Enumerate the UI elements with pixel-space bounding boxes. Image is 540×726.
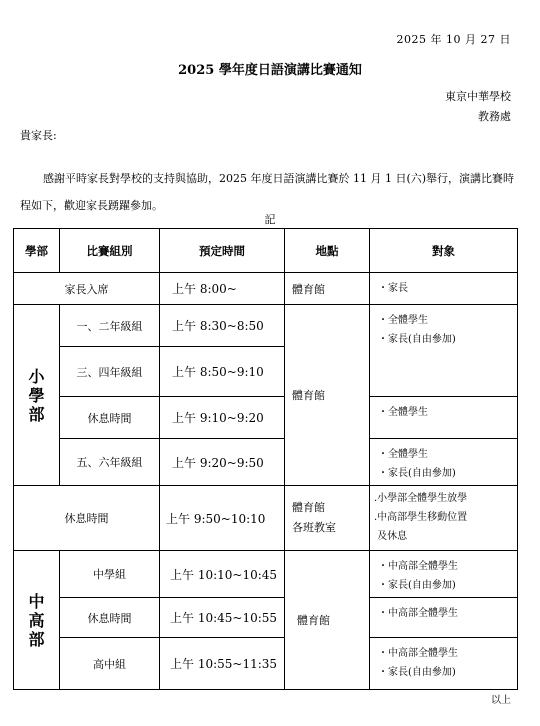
- table-header-row: 學部 比賽組別 預定時間 地點 對象: [14, 229, 518, 273]
- target-line: ・全體學生: [378, 403, 517, 422]
- place-line: 各班教室: [292, 518, 369, 538]
- target-line: ・家長(自由參加): [378, 576, 517, 595]
- schedule-table: 學部 比賽組別 預定時間 地點 對象 家長入席 上午 8:00~ 體育館 ・家長…: [13, 228, 518, 690]
- parent-seating-place: 體育館: [285, 273, 370, 305]
- target-line: ・中高部全體學生: [378, 644, 517, 663]
- time-cell: 上午 10:55~11:35: [160, 638, 285, 690]
- break-target: .小學部全體學生放學 .中高部學生移動位置 及休息: [370, 486, 518, 551]
- header-dept: 學部: [14, 229, 60, 273]
- table-row: 五、六年級組 上午 9:20~9:50 ・全體學生 ・家長(自由參加): [14, 439, 518, 486]
- table-row: 高中組 上午 10:55~11:35 ・中高部全體學生 ・家長(自由參加): [14, 638, 518, 690]
- closing-mark: 以上: [491, 691, 511, 706]
- time-cell: 上午 10:10~10:45: [160, 551, 285, 598]
- dept-secondary: 中高部: [14, 551, 60, 690]
- dept-elementary: 小學部: [14, 305, 60, 486]
- greeting: 貴家長:: [20, 127, 57, 143]
- target-line: ・家長(自由參加): [378, 464, 517, 483]
- break-time: 上午 9:50~10:10: [160, 486, 285, 551]
- header-time: 預定時間: [160, 229, 285, 273]
- notice-title: 2025 學年度日語演講比賽通知: [0, 59, 540, 78]
- time-cell: 上午 8:30~8:50: [160, 305, 285, 347]
- time-cell: 上午 9:10~9:20: [160, 397, 285, 439]
- time-cell: 上午 9:20~9:50: [160, 439, 285, 486]
- break-label: 休息時間: [14, 486, 160, 551]
- target-cell: ・中高部全體學生: [370, 598, 518, 638]
- target-line: ・全體學生: [378, 311, 517, 330]
- target-line: ・家長(自由參加): [378, 330, 517, 349]
- group-cell: 中學組: [60, 551, 160, 598]
- note-label: 記: [0, 211, 540, 227]
- target-cell: ・全體學生 ・家長(自由參加): [370, 305, 518, 397]
- target-line: .中高部學生移動位置: [374, 508, 517, 527]
- table-row: 休息時間 上午 9:50~10:10 體育館 各班教室 .小學部全體學生放學 .…: [14, 486, 518, 551]
- target-line: 及休息: [374, 527, 517, 546]
- notice-date: 2025 年 10 月 27 日: [397, 31, 511, 47]
- group-cell: 高中組: [60, 638, 160, 690]
- group-cell: 三、四年級組: [60, 347, 160, 397]
- table-row: 小學部 一、二年級組 上午 8:30~8:50 體育館 ・全體學生 ・家長(自由…: [14, 305, 518, 347]
- target-cell: ・中高部全體學生 ・家長(自由參加): [370, 551, 518, 598]
- table-row: 休息時間 上午 10:45~10:55 ・中高部全體學生: [14, 598, 518, 638]
- header-group: 比賽組別: [60, 229, 160, 273]
- group-cell: 休息時間: [60, 397, 160, 439]
- target-cell: ・全體學生 ・家長(自由參加): [370, 439, 518, 486]
- group-cell: 休息時間: [60, 598, 160, 638]
- place-secondary: 體育館: [285, 551, 370, 690]
- parent-seating-target: ・家長: [370, 273, 518, 305]
- parent-seating-time: 上午 8:00~: [160, 273, 285, 305]
- dept-secondary-char: 中高部: [29, 592, 45, 649]
- table-row: 休息時間 上午 9:10~9:20 ・全體學生: [14, 397, 518, 439]
- target-cell: ・全體學生: [370, 397, 518, 439]
- office-name: 教務處: [478, 108, 511, 124]
- header-place: 地點: [285, 229, 370, 273]
- group-cell: 一、二年級組: [60, 305, 160, 347]
- target-cell: ・中高部全體學生 ・家長(自由參加): [370, 638, 518, 690]
- parent-seating-label: 家長入席: [14, 273, 160, 305]
- dept-elementary-char: 小學部: [29, 367, 45, 424]
- school-name: 東京中華學校: [445, 88, 511, 104]
- target-line: .小學部全體學生放學: [374, 489, 517, 508]
- time-cell: 上午 10:45~10:55: [160, 598, 285, 638]
- target-line: ・家長(自由參加): [378, 663, 517, 682]
- break-place: 體育館 各班教室: [285, 486, 370, 551]
- table-row: 中高部 中學組 上午 10:10~10:45 體育館 ・中高部全體學生 ・家長(…: [14, 551, 518, 598]
- place-line: 體育館: [292, 498, 369, 518]
- target-line: ・中高部全體學生: [378, 557, 517, 576]
- target-line: ・中高部全體學生: [378, 604, 517, 623]
- table-row: 家長入席 上午 8:00~ 體育館 ・家長: [14, 273, 518, 305]
- time-cell: 上午 8:50~9:10: [160, 347, 285, 397]
- place-elementary: 體育館: [285, 305, 370, 486]
- header-target: 對象: [370, 229, 518, 273]
- target-line: ・全體學生: [378, 445, 517, 464]
- group-cell: 五、六年級組: [60, 439, 160, 486]
